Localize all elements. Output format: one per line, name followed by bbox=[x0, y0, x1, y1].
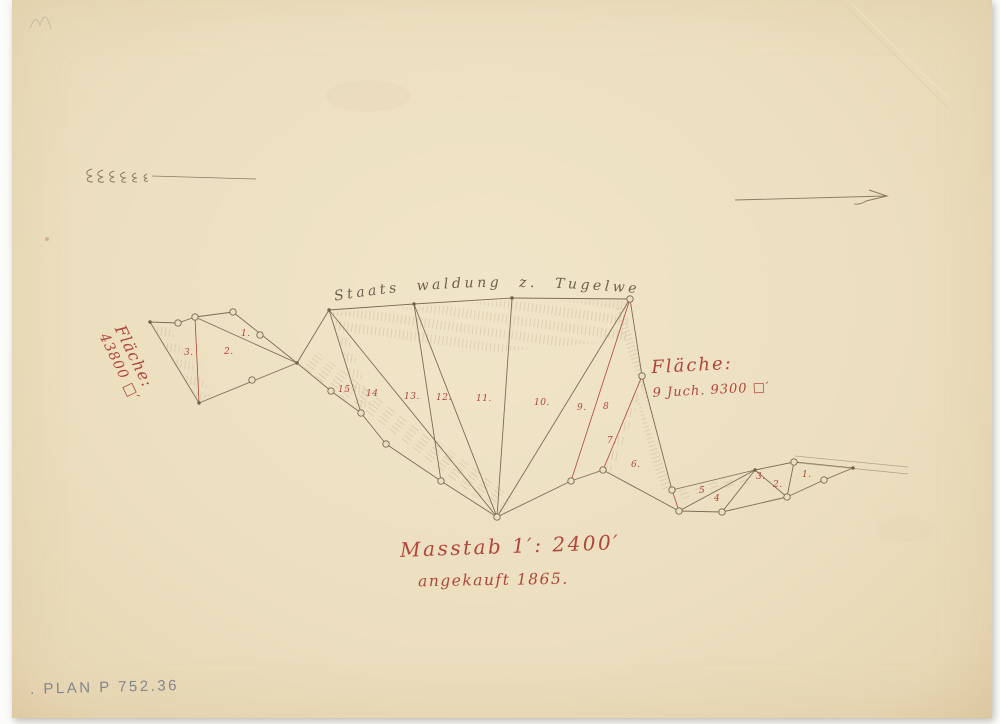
scanned-plan-page: 3.2.1.151413.12.11.10.9.87.6.543.2.1. St… bbox=[0, 0, 1000, 724]
svg-text:11.: 11. bbox=[476, 394, 492, 404]
svg-text:8: 8 bbox=[603, 402, 609, 412]
svg-text:1.: 1. bbox=[241, 329, 251, 339]
svg-text:10.: 10. bbox=[534, 398, 550, 408]
svg-text:4: 4 bbox=[713, 494, 720, 504]
title-arc-group: Staats waldung z. Tugelweinhalde bbox=[0, 0, 641, 305]
svg-text:1.: 1. bbox=[802, 470, 812, 480]
pencil-scribble bbox=[30, 17, 51, 29]
archive-number-text: PLAN P 752.36 bbox=[43, 677, 179, 698]
svg-text:2.: 2. bbox=[223, 347, 234, 357]
svg-text:6.: 6. bbox=[631, 460, 641, 470]
svg-text:3.: 3. bbox=[184, 348, 194, 358]
north-arrow bbox=[87, 169, 887, 204]
svg-text:7.: 7. bbox=[607, 436, 617, 446]
svg-text:15: 15 bbox=[338, 385, 350, 395]
survey-drawing: 3.2.1.151413.12.11.10.9.87.6.543.2.1. St… bbox=[0, 0, 1000, 724]
svg-text:12.: 12. bbox=[436, 393, 452, 403]
svg-text:2.: 2. bbox=[772, 480, 783, 490]
forest-title: Staats waldung z. Tugelweinhalde bbox=[0, 0, 641, 305]
area-label-right: Fläche: 9 Juch. 9300 □′ bbox=[651, 349, 771, 407]
svg-text:5: 5 bbox=[699, 486, 705, 496]
svg-text:14: 14 bbox=[366, 389, 378, 399]
svg-text:3.: 3. bbox=[756, 472, 766, 482]
purchase-label: angekauft 1865. bbox=[418, 570, 569, 591]
svg-text:13.: 13. bbox=[404, 392, 420, 402]
paper-texture bbox=[30, 4, 950, 542]
pencil-dash: . bbox=[30, 681, 37, 698]
arrowhead-icon bbox=[866, 190, 887, 201]
svg-text:9.: 9. bbox=[577, 403, 587, 413]
